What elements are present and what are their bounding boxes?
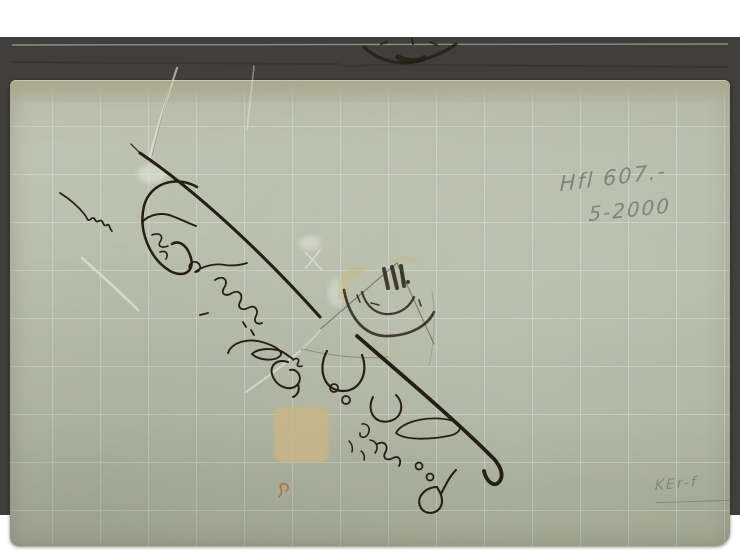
photo-backdrop xyxy=(0,37,740,515)
page-background: Hfl 607.- 5-2000 KEr-f xyxy=(0,0,740,557)
letter-paper xyxy=(10,80,730,546)
paper-shading xyxy=(10,80,730,546)
paper-fold-strip xyxy=(10,80,730,102)
